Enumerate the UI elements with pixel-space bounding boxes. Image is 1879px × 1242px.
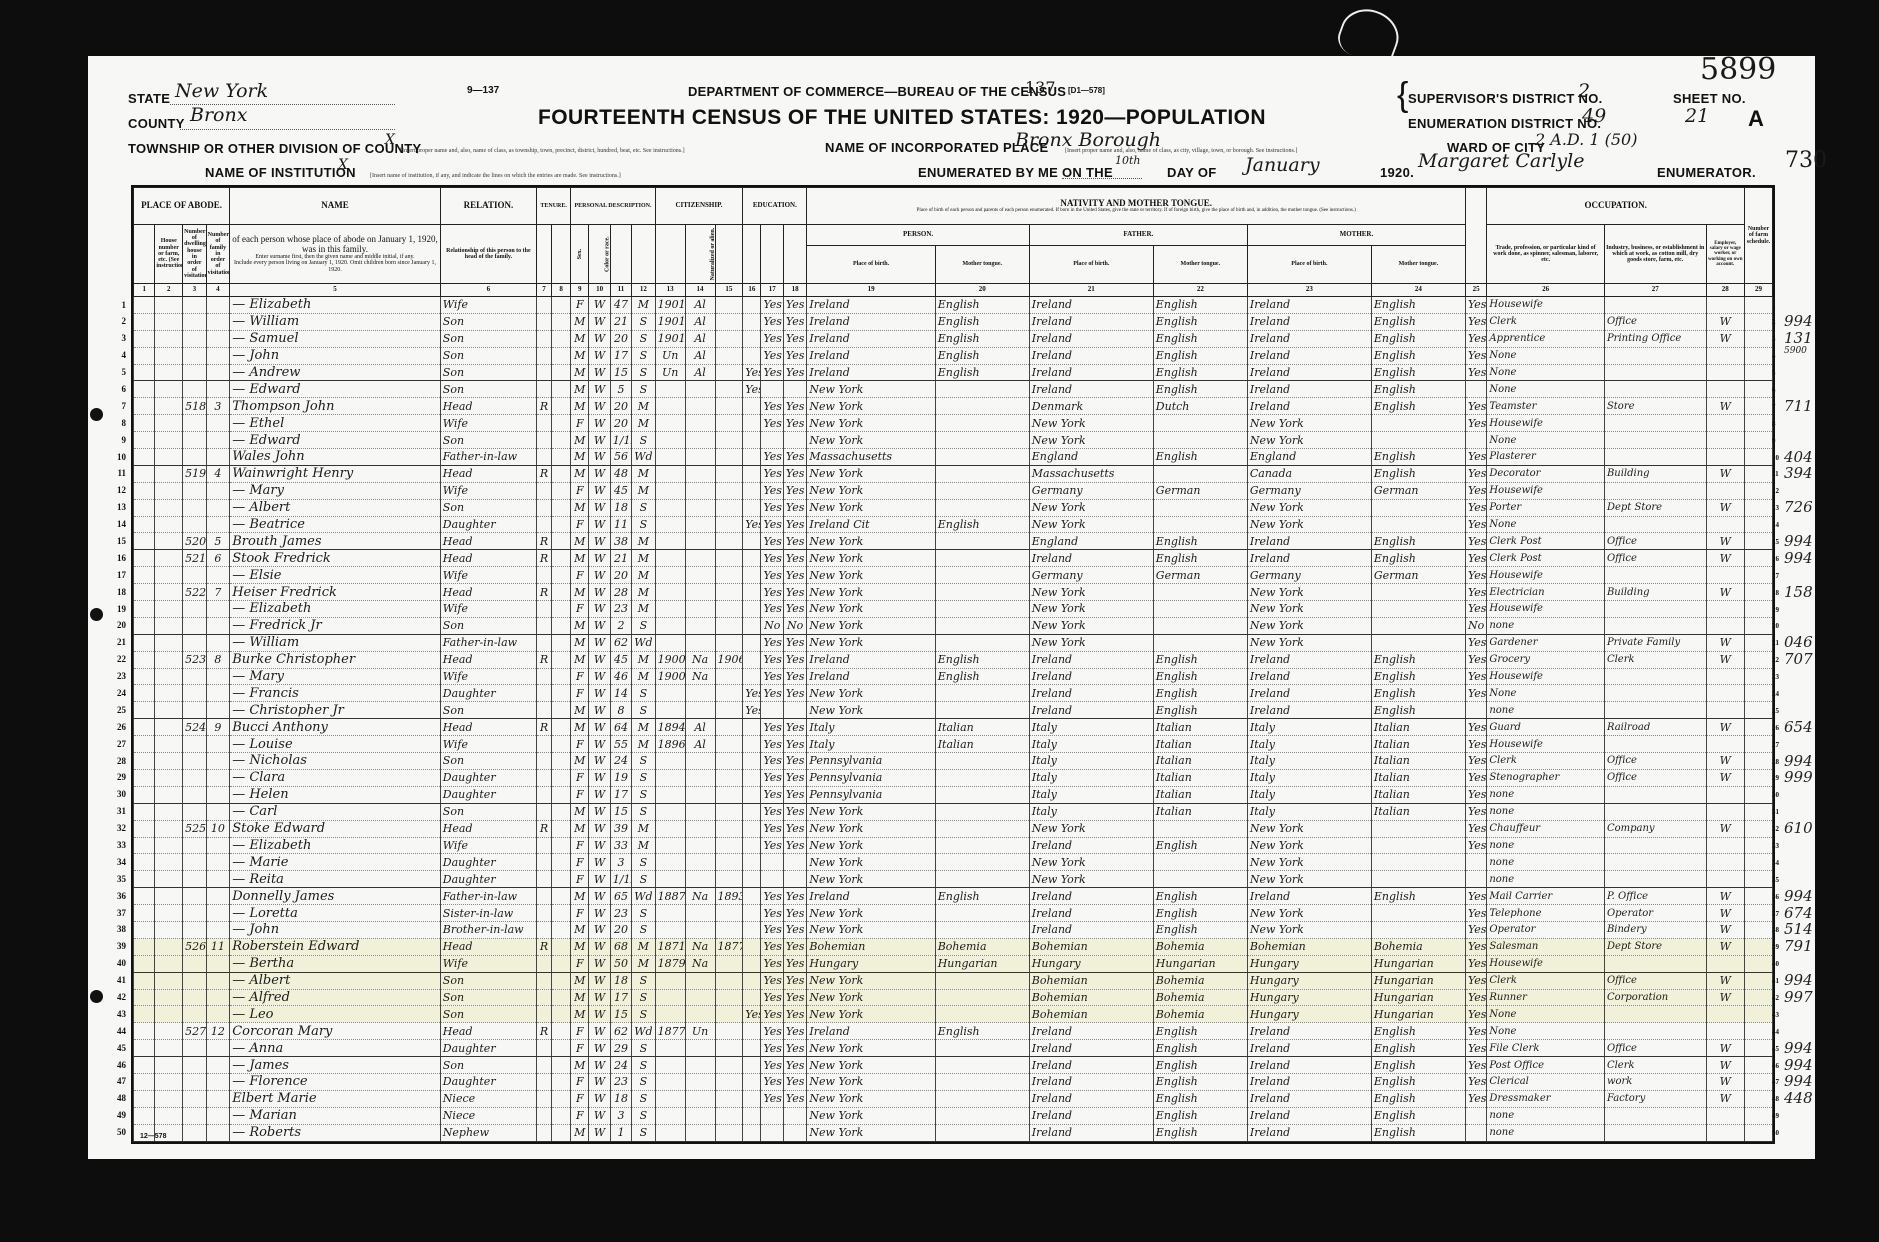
cell-name: — Mary <box>230 482 441 499</box>
cell-write: Yes <box>783 1057 807 1074</box>
cell-read <box>761 702 783 719</box>
cell-dwelling <box>183 499 207 516</box>
cell-pob: New York <box>807 465 935 482</box>
cell-age: 48 <box>610 465 631 482</box>
cell-tongue <box>935 1057 1029 1074</box>
cell-relation: Head <box>440 550 536 567</box>
cell-f_tongue: English <box>1153 347 1247 364</box>
cell-class: W <box>1706 550 1745 567</box>
cell-house <box>155 634 183 651</box>
cell-house <box>155 516 183 533</box>
cell-occupation: Housewife <box>1487 668 1605 685</box>
cell-english: Yes <box>1465 482 1486 499</box>
column-number-4: 4 <box>206 284 230 297</box>
cell-name: Burke Christopher <box>230 651 441 668</box>
column-number-25: 25 <box>1465 284 1486 297</box>
line-number-right: 25 <box>1772 707 1790 715</box>
cell-sex: M <box>571 651 589 668</box>
cell-dwelling <box>183 415 207 432</box>
cell-tongue <box>935 482 1029 499</box>
line-number-left: 13 <box>108 502 126 512</box>
cell-f_pob: Ireland <box>1029 685 1153 702</box>
institution-note: [Insert name of institution, if any, and… <box>370 173 621 179</box>
cell-tenure <box>537 786 552 803</box>
cell-house <box>155 905 183 922</box>
cell-house <box>155 651 183 668</box>
cell-sex: M <box>571 719 589 736</box>
cell-occupation: Apprentice <box>1487 330 1605 347</box>
cell-tenure <box>537 736 552 753</box>
cell-f_pob: New York <box>1029 854 1153 871</box>
cell-relation: Wife <box>440 736 536 753</box>
cell-tenure <box>537 1006 552 1023</box>
cell-industry: Office <box>1604 1040 1706 1057</box>
name-description: of each person whose place of abode on J… <box>231 235 439 254</box>
cell-m_tongue <box>1371 617 1465 634</box>
cell-f_tongue: Italian <box>1153 719 1247 736</box>
cell-age: 20 <box>610 415 631 432</box>
cell-dwelling <box>183 1006 207 1023</box>
cell-relation: Head <box>440 465 536 482</box>
cell-relation: Son <box>440 364 536 381</box>
cell-immig: Un <box>655 364 685 381</box>
line-number-left: 11 <box>108 468 126 478</box>
cell-write: Yes <box>783 601 807 618</box>
cell-age: 23 <box>610 601 631 618</box>
cell-nat: Na <box>685 955 715 972</box>
cell-dwelling <box>183 702 207 719</box>
cell-write: Yes <box>783 1040 807 1057</box>
cell-industry <box>1604 516 1706 533</box>
cell-relation: Son <box>440 1057 536 1074</box>
cell-class: W <box>1706 1040 1745 1057</box>
cell-family: 3 <box>206 398 230 415</box>
cell-f_pob: Bohemian <box>1029 989 1153 1006</box>
cell-nat <box>685 601 715 618</box>
cell-street <box>134 905 155 922</box>
cell-read: Yes <box>761 313 783 330</box>
cell-sex: F <box>571 685 589 702</box>
cell-tenure <box>537 1090 552 1107</box>
cell-mort <box>551 837 570 854</box>
cell-marital: S <box>632 685 656 702</box>
cell-nat <box>685 533 715 550</box>
cell-nat: Al <box>685 330 715 347</box>
cell-farm <box>1745 786 1773 803</box>
cell-dwelling <box>183 1090 207 1107</box>
cell-f_tongue: English <box>1153 297 1247 314</box>
cell-house <box>155 567 183 584</box>
cell-m_pob: Ireland <box>1247 330 1371 347</box>
cell-m_tongue: English <box>1371 1040 1465 1057</box>
cell-tenure <box>537 871 552 888</box>
nativity-mother-header: MOTHER. <box>1247 225 1465 246</box>
cell-f_pob: New York <box>1029 432 1153 449</box>
cell-occupation: none <box>1487 1107 1605 1124</box>
cell-farm <box>1745 803 1773 820</box>
cell-nat <box>685 769 715 786</box>
cell-m_pob: Ireland <box>1247 550 1371 567</box>
cell-occupation: none <box>1487 854 1605 871</box>
cell-read: Yes <box>761 449 783 466</box>
cell-age: 19 <box>610 769 631 786</box>
cell-immig <box>655 398 685 415</box>
cell-m_pob: Italy <box>1247 736 1371 753</box>
cell-m_tongue: English <box>1371 651 1465 668</box>
cell-read: Yes <box>761 550 783 567</box>
cell-school <box>743 297 761 314</box>
cell-tenure <box>537 1073 552 1090</box>
cell-sex: M <box>571 921 589 938</box>
cell-class: W <box>1706 499 1745 516</box>
cell-pob: Ireland <box>807 297 935 314</box>
cell-school <box>743 820 761 837</box>
cell-occupation: Clerical <box>1487 1073 1605 1090</box>
cell-house <box>155 989 183 1006</box>
table-row: — ElizabethWifeFW23MYesYesNew YorkNew Yo… <box>134 601 1773 618</box>
cell-m_tongue: Hungarian <box>1371 972 1465 989</box>
cell-school <box>743 753 761 770</box>
cell-family: 4 <box>206 465 230 482</box>
cell-dwelling: 521 <box>183 550 207 567</box>
cell-write: Yes <box>783 347 807 364</box>
cell-race: W <box>589 803 610 820</box>
cell-school <box>743 601 761 618</box>
cell-street <box>134 668 155 685</box>
line-number-left: 27 <box>108 739 126 749</box>
cell-write: Yes <box>783 364 807 381</box>
cell-natyr <box>715 449 743 466</box>
cell-sex: F <box>571 668 589 685</box>
enumerated-year: 1920. <box>1380 165 1414 180</box>
cell-name: — Louise <box>230 736 441 753</box>
cell-sex: M <box>571 533 589 550</box>
cell-f_pob: New York <box>1029 601 1153 618</box>
cell-relation: Son <box>440 972 536 989</box>
cell-pob: New York <box>807 482 935 499</box>
cell-english: Yes <box>1465 449 1486 466</box>
cell-english <box>1465 702 1486 719</box>
col-26-header: Trade, profession, or particular kind of… <box>1487 225 1605 284</box>
cell-industry: Railroad <box>1604 719 1706 736</box>
cell-immig: 1871 <box>655 938 685 955</box>
occupation-code: 404 <box>1784 448 1813 466</box>
cell-m_pob: Germany <box>1247 567 1371 584</box>
cell-house <box>155 820 183 837</box>
cell-english: Yes <box>1465 786 1486 803</box>
cell-tenure <box>537 769 552 786</box>
cell-read: Yes <box>761 533 783 550</box>
cell-industry: Private Family <box>1604 634 1706 651</box>
cell-english <box>1465 1124 1486 1141</box>
cell-mort <box>551 398 570 415</box>
cell-farm <box>1745 550 1773 567</box>
cell-name: — Alfred <box>230 989 441 1006</box>
cell-write: Yes <box>783 584 807 601</box>
cell-write: Yes <box>783 1023 807 1040</box>
cell-mort <box>551 921 570 938</box>
cell-school <box>743 938 761 955</box>
cell-m_pob: New York <box>1247 584 1371 601</box>
cell-m_pob: Ireland <box>1247 313 1371 330</box>
cell-street <box>134 567 155 584</box>
cell-occupation: File Clerk <box>1487 1040 1605 1057</box>
cell-mort <box>551 820 570 837</box>
cell-pob: New York <box>807 398 935 415</box>
cell-tongue: Bohemia <box>935 938 1029 955</box>
cell-m_pob: Ireland <box>1247 1090 1371 1107</box>
cell-natyr: 1906 <box>715 651 743 668</box>
cell-sex: M <box>571 347 589 364</box>
cell-immig <box>655 1107 685 1124</box>
cell-m_tongue: English <box>1371 550 1465 567</box>
cell-class <box>1706 297 1745 314</box>
line-number-left: 14 <box>108 519 126 529</box>
cell-nat: Na <box>685 668 715 685</box>
cell-age: 64 <box>610 719 631 736</box>
cell-industry: Office <box>1604 550 1706 567</box>
cell-dwelling <box>183 1107 207 1124</box>
line-number-right: 31 <box>1772 808 1790 816</box>
cell-mort <box>551 685 570 702</box>
cell-name: Roberstein Edward <box>230 938 441 955</box>
cell-house <box>155 1040 183 1057</box>
cell-nat: Na <box>685 888 715 905</box>
cell-immig: 1901 <box>655 297 685 314</box>
cell-race: W <box>589 786 610 803</box>
cell-nat <box>685 1090 715 1107</box>
cell-house <box>155 1057 183 1074</box>
cell-english: Yes <box>1465 685 1486 702</box>
cell-tenure <box>537 432 552 449</box>
cell-m_tongue: English <box>1371 1090 1465 1107</box>
cell-f_pob: Bohemian <box>1029 972 1153 989</box>
cell-mort <box>551 1006 570 1023</box>
cell-write: Yes <box>783 753 807 770</box>
cell-industry: Store <box>1604 398 1706 415</box>
cell-mort <box>551 1107 570 1124</box>
cell-marital: S <box>632 617 656 634</box>
cell-race: W <box>589 516 610 533</box>
cell-race: W <box>589 955 610 972</box>
cell-dwelling <box>183 516 207 533</box>
cell-school <box>743 567 761 584</box>
cell-m_pob: Canada <box>1247 465 1371 482</box>
col-14-header: Naturalized or alien. <box>685 225 715 284</box>
cell-race: W <box>589 634 610 651</box>
cell-mort <box>551 347 570 364</box>
cell-street <box>134 1057 155 1074</box>
cell-occupation: Housewife <box>1487 415 1605 432</box>
cell-f_pob: England <box>1029 533 1153 550</box>
cell-family <box>206 871 230 888</box>
cell-relation: Nephew <box>440 1124 536 1141</box>
cell-marital: M <box>632 550 656 567</box>
cell-tongue: Italian <box>935 719 1029 736</box>
cell-relation: Daughter <box>440 871 536 888</box>
cell-age: 33 <box>610 837 631 854</box>
cell-pob: Ireland <box>807 651 935 668</box>
column-number-17: 17 <box>761 284 783 297</box>
cell-age: 11 <box>610 516 631 533</box>
cell-sex: M <box>571 313 589 330</box>
cell-mort <box>551 381 570 398</box>
cell-occupation: Housewife <box>1487 482 1605 499</box>
township-value: X <box>385 132 395 148</box>
cell-nat <box>685 1073 715 1090</box>
cell-f_pob: New York <box>1029 820 1153 837</box>
cell-family <box>206 1090 230 1107</box>
cell-class <box>1706 1006 1745 1023</box>
cell-m_pob: Ireland <box>1247 1040 1371 1057</box>
cell-tongue: English <box>935 1023 1029 1040</box>
cell-write <box>783 702 807 719</box>
cell-read: Yes <box>761 567 783 584</box>
cell-school <box>743 449 761 466</box>
cell-sex: F <box>571 736 589 753</box>
cell-mort <box>551 972 570 989</box>
sheet-label: SHEET NO. <box>1673 91 1746 106</box>
cell-tongue <box>935 921 1029 938</box>
cell-m_tongue: English <box>1371 449 1465 466</box>
cell-f_tongue <box>1153 617 1247 634</box>
cell-m_tongue: English <box>1371 1124 1465 1141</box>
col-1-header: Street, avenue, road, etc. <box>134 225 155 284</box>
cell-dwelling <box>183 769 207 786</box>
cell-school <box>743 769 761 786</box>
occupation-code: 997 <box>1784 988 1813 1006</box>
cell-natyr <box>715 820 743 837</box>
line-number-left: 25 <box>108 705 126 715</box>
cell-f_tongue <box>1153 584 1247 601</box>
cell-occupation: Housewife <box>1487 955 1605 972</box>
cell-dwelling <box>183 567 207 584</box>
line-number-left: 41 <box>108 975 126 985</box>
cell-dwelling <box>183 313 207 330</box>
cell-write: Yes <box>783 905 807 922</box>
cell-pob: New York <box>807 617 935 634</box>
cell-name: — Edward <box>230 381 441 398</box>
cell-race: W <box>589 1124 610 1141</box>
cell-farm <box>1745 938 1773 955</box>
cell-farm <box>1745 634 1773 651</box>
cell-age: 17 <box>610 347 631 364</box>
cell-read: No <box>761 617 783 634</box>
cell-natyr <box>715 1107 743 1124</box>
table-row: — AlfredSonMW17SYesYesNew YorkBohemianBo… <box>134 989 1773 1006</box>
cell-nat: Al <box>685 736 715 753</box>
cell-house <box>155 347 183 364</box>
cell-marital: S <box>632 702 656 719</box>
cell-occupation: Clerk <box>1487 313 1605 330</box>
occupation-code: 994 <box>1784 887 1813 905</box>
cell-farm <box>1745 769 1773 786</box>
col-4-header: Number of family in order of visitation. <box>206 225 230 284</box>
cell-dwelling <box>183 668 207 685</box>
cell-industry <box>1604 854 1706 871</box>
cell-race: W <box>589 499 610 516</box>
cell-relation: Son <box>440 702 536 719</box>
cell-write: Yes <box>783 567 807 584</box>
cell-pob: New York <box>807 837 935 854</box>
cell-dwelling: 524 <box>183 719 207 736</box>
cell-pob: Pennsylvania <box>807 786 935 803</box>
institution-label: NAME OF INSTITUTION <box>205 165 356 180</box>
cell-natyr <box>715 871 743 888</box>
cell-pob: Bohemian <box>807 938 935 955</box>
cell-pob: New York <box>807 499 935 516</box>
cell-dwelling <box>183 1040 207 1057</box>
cell-house <box>155 465 183 482</box>
cell-m_pob: New York <box>1247 516 1371 533</box>
sheet-corner-number: 5899 <box>1700 52 1776 87</box>
cell-race: W <box>589 736 610 753</box>
line-number-right: 9 <box>1772 437 1790 445</box>
cell-dwelling: 523 <box>183 651 207 668</box>
table-row: 5205Brouth JamesHeadRMW38MYesYesNew York… <box>134 533 1773 550</box>
cell-pob: Massachusetts <box>807 449 935 466</box>
cell-nat <box>685 803 715 820</box>
cell-m_tongue: Italian <box>1371 719 1465 736</box>
cell-write: Yes <box>783 769 807 786</box>
cell-industry <box>1604 685 1706 702</box>
table-row: — WilliamFather-in-lawMW62WdYesYesNew Yo… <box>134 634 1773 651</box>
cell-f_pob: Bohemian <box>1029 1006 1153 1023</box>
cell-read: Yes <box>761 972 783 989</box>
cell-english: Yes <box>1465 736 1486 753</box>
cell-occupation: None <box>1487 1023 1605 1040</box>
state-value: New York <box>175 80 268 102</box>
cell-m_tongue: English <box>1371 1023 1465 1040</box>
cell-race: W <box>589 651 610 668</box>
col-21-header: Place of birth. <box>1029 246 1153 284</box>
cell-dwelling <box>183 989 207 1006</box>
cell-tenure <box>537 905 552 922</box>
cell-name: — William <box>230 313 441 330</box>
cell-industry <box>1604 702 1706 719</box>
cell-nat <box>685 449 715 466</box>
table-row: — Fredrick JrSonMW2SNoNoNew YorkNew York… <box>134 617 1773 634</box>
cell-write: Yes <box>783 837 807 854</box>
cell-read: Yes <box>761 415 783 432</box>
cell-marital: M <box>632 398 656 415</box>
cell-m_pob: Ireland <box>1247 347 1371 364</box>
cell-write: Yes <box>783 719 807 736</box>
cell-m_tongue <box>1371 499 1465 516</box>
cell-pob: New York <box>807 854 935 871</box>
cell-english <box>1465 432 1486 449</box>
cell-immig <box>655 702 685 719</box>
cell-nat <box>685 905 715 922</box>
cell-farm <box>1745 617 1773 634</box>
cell-m_pob: Ireland <box>1247 381 1371 398</box>
cell-marital: Wd <box>632 1023 656 1040</box>
table-row: Donnelly JamesFather-in-lawMW65Wd1887Na1… <box>134 888 1773 905</box>
cell-farm <box>1745 1006 1773 1023</box>
cell-immig <box>655 820 685 837</box>
cell-industry <box>1604 668 1706 685</box>
cell-nat <box>685 1124 715 1141</box>
cell-occupation: Gardener <box>1487 634 1605 651</box>
cell-farm <box>1745 1124 1773 1141</box>
cell-occupation: None <box>1487 347 1605 364</box>
cell-tenure <box>537 1124 552 1141</box>
cell-farm <box>1745 516 1773 533</box>
cell-immig <box>655 601 685 618</box>
cell-f_pob: Ireland <box>1029 1090 1153 1107</box>
cell-marital: S <box>632 1073 656 1090</box>
cell-english: Yes <box>1465 516 1486 533</box>
